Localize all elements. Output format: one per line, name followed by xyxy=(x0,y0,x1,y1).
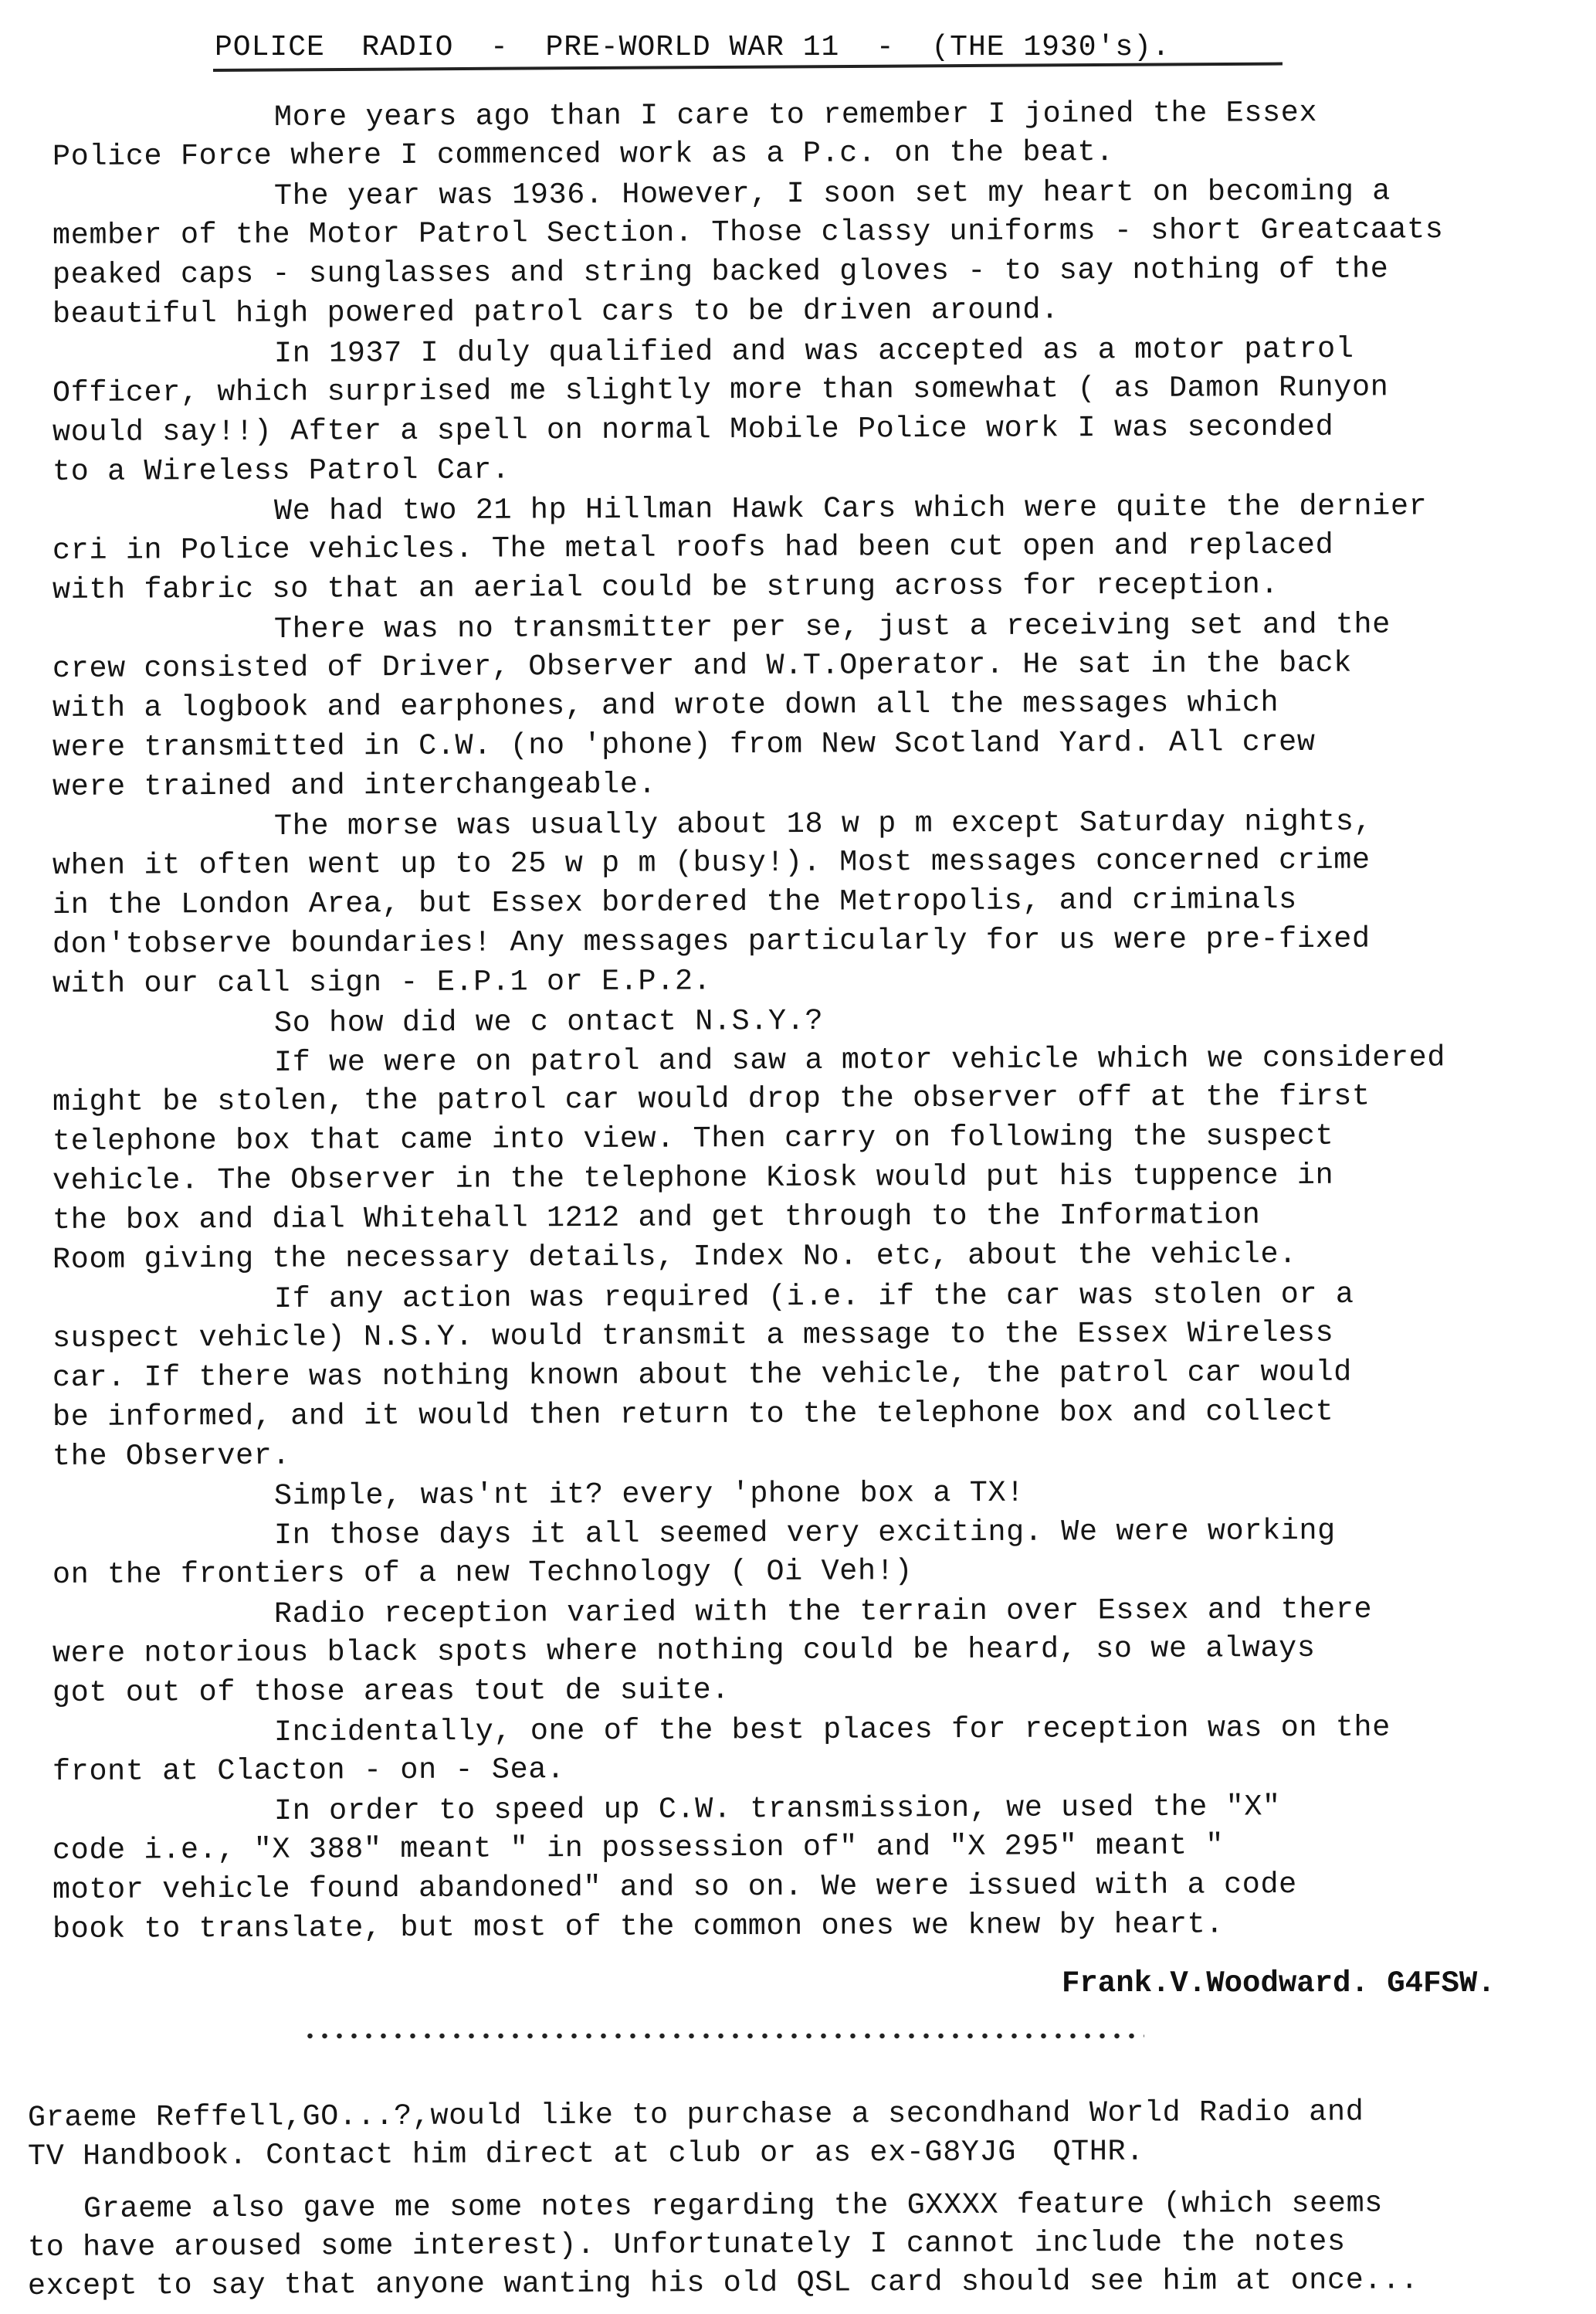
text-line: to a Wireless Patrol Car. xyxy=(53,453,510,489)
text-line: crew consisted of Driver, Observer and W… xyxy=(53,646,1352,686)
text-line: be informed, and it would then return to… xyxy=(53,1395,1333,1434)
text-line: motor vehicle found abandoned" and so on… xyxy=(53,1868,1297,1907)
text-line: front at Clacton - on - Sea. xyxy=(53,1752,565,1789)
text-line: The morse was usually about 18 w p m exc… xyxy=(274,805,1372,843)
text-line: code i.e., "X 388" meant " in possession… xyxy=(53,1828,1224,1868)
text-line: with a logbook and earphones, and wrote … xyxy=(53,686,1279,725)
text-line: The year was 1936. However, I soon set m… xyxy=(274,175,1391,213)
text-line: to have aroused some interest). Unfortun… xyxy=(28,2225,1346,2265)
author-signature: Frank.V.Woodward. G4FSW. xyxy=(1062,1966,1496,2000)
text-line: More years ago than I care to remember I… xyxy=(274,96,1317,134)
text-line: with fabric so that an aerial could be s… xyxy=(53,568,1279,607)
text-line: So how did we c ontact N.S.Y.? xyxy=(274,1004,823,1040)
text-line: Officer, which surprised me slightly mor… xyxy=(53,370,1389,410)
text-line: In 1937 I duly qualified and was accepte… xyxy=(274,332,1354,371)
text-line: would say!!) After a spell on normal Mob… xyxy=(53,410,1333,450)
typewritten-page: POLICE RADIO - PRE-WORLD WAR 11 - (THE 1… xyxy=(0,0,1596,2314)
text-line: In order to speed up C.W. transmission, … xyxy=(274,1790,1281,1828)
text-line: suspect vehicle) N.S.Y. would transmit a… xyxy=(53,1316,1333,1355)
text-line: Graeme Reffell,GO...?,would like to purc… xyxy=(28,2095,1364,2135)
text-line: Simple, was'nt it? every 'phone box a TX… xyxy=(274,1476,1025,1513)
text-line: Radio reception varied with the terrain … xyxy=(274,1593,1372,1631)
text-line: when it often went up to 25 w p m (busy!… xyxy=(53,843,1371,883)
text-line: were transmitted in C.W. (no 'phone) fro… xyxy=(53,725,1316,765)
text-line: Room giving the necessary details, Index… xyxy=(53,1237,1297,1277)
dotted-separator xyxy=(303,2031,1144,2041)
text-line: in the London Area, but Essex bordered t… xyxy=(53,883,1297,922)
text-line: telephone box that came into view. Then … xyxy=(53,1119,1333,1159)
text-line: except to say that anyone wanting his ol… xyxy=(28,2263,1419,2303)
text-line: book to translate, but most of the commo… xyxy=(53,1907,1224,1946)
text-line: were trained and interchangeable. xyxy=(53,768,656,804)
text-line: were notorious black spots where nothing… xyxy=(53,1631,1316,1671)
text-line: cri in Police vehicles. The metal roofs … xyxy=(53,528,1333,568)
text-line: If we were on patrol and saw a motor veh… xyxy=(274,1040,1445,1080)
text-line: There was no transmitter per se, just a … xyxy=(274,608,1391,646)
text-line: don'tobserve boundaries! Any messages pa… xyxy=(53,922,1371,962)
text-line: If any action was required (i.e. if the … xyxy=(274,1277,1354,1316)
text-line: Graeme also gave me some notes regarding… xyxy=(83,2187,1383,2226)
text-line: with our call sign - E.P.1 or E.P.2. xyxy=(53,964,712,1001)
text-line: vehicle. The Observer in the telephone K… xyxy=(53,1159,1333,1198)
page-title: POLICE RADIO - PRE-WORLD WAR 11 - (THE 1… xyxy=(215,31,1171,64)
text-line: car. If there was nothing known about th… xyxy=(53,1355,1352,1395)
text-line: Police Force where I commenced work as a… xyxy=(53,135,1114,174)
text-line: peaked caps - sunglasses and string back… xyxy=(53,252,1389,292)
text-line: We had two 21 hp Hillman Hawk Cars which… xyxy=(274,489,1428,528)
text-line: got out of those areas tout de suite. xyxy=(53,1673,730,1710)
text-line: TV Handbook. Contact him direct at club … xyxy=(28,2135,1144,2173)
text-line: Incidentally, one of the best places for… xyxy=(274,1711,1391,1749)
text-line: member of the Motor Patrol Section. Thos… xyxy=(53,212,1444,253)
text-line: beautiful high powered patrol cars to be… xyxy=(53,293,1059,331)
text-line: might be stolen, the patrol car would dr… xyxy=(53,1080,1371,1119)
text-line: on the frontiers of a new Technology ( O… xyxy=(53,1554,913,1592)
text-line: In those days it all seemed very excitin… xyxy=(274,1514,1336,1552)
text-line: the Observer. xyxy=(53,1439,290,1474)
text-line: the box and dial Whitehall 1212 and get … xyxy=(53,1198,1261,1237)
